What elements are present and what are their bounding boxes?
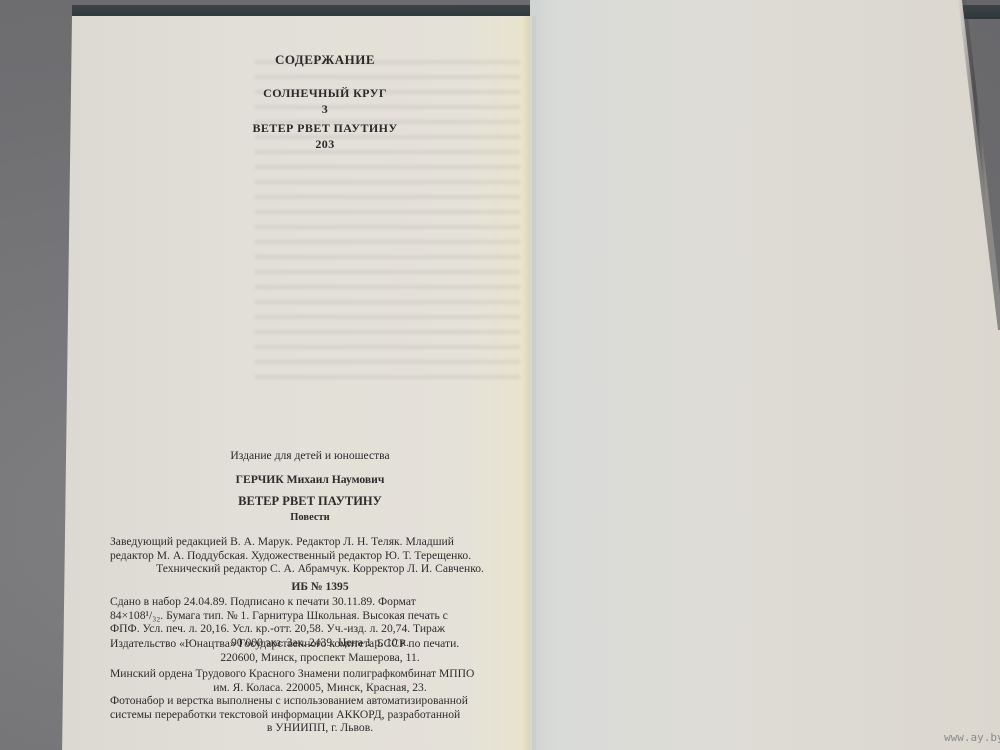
editors-line: Заведующий редакцией В. А. Марук. Редакт… — [110, 535, 530, 549]
publisher-block: Издательство «Юнацтва» Государственного … — [110, 637, 530, 664]
audience-note: Издание для детей и юношества — [150, 449, 470, 463]
contents-item-page: 203 — [180, 136, 470, 152]
publisher-line: Издательство «Юнацтва» Государственного … — [110, 637, 530, 651]
typesetting-line: системы переработки текстовой информации… — [110, 708, 530, 722]
typesetting-block: Фотонабор и верстка выполнены с использо… — [110, 694, 530, 735]
contents-item: ВЕТЕР РВЕТ ПАУТИНУ 203 — [180, 120, 470, 152]
editors-line: редактор М. А. Поддубская. Художественны… — [110, 549, 530, 563]
production-line: ФПФ. Усл. печ. л. 20,16. Усл. кр.-отт. 2… — [110, 622, 530, 636]
author-name: ГЕРЧИК Михаил Наумович — [150, 473, 470, 487]
contents-item-title: СОЛНЕЧНЫЙ КРУГ — [180, 85, 470, 101]
editors-line: Технический редактор С. А. Абрамчук. Кор… — [110, 562, 530, 576]
watermark: www.ay.by — [944, 731, 1000, 744]
book-title: ВЕТЕР РВЕТ ПАУТИНУ — [150, 495, 470, 509]
editors-block: Заведующий редакцией В. А. Марук. Редакт… — [110, 535, 530, 576]
printer-line: Минский ордена Трудового Красного Знамен… — [110, 667, 530, 681]
production-line: 84×108¹/₃₂. Бумага тип. № 1. Гарнитура Ш… — [110, 609, 530, 623]
book-genre: Повести — [150, 511, 470, 525]
printer-line: им. Я. Коласа. 220005, Минск, Красная, 2… — [110, 681, 530, 695]
right-page-blank — [530, 0, 1000, 750]
contents-heading: СОДЕРЖАНИЕ — [200, 52, 450, 68]
printer-block: Минский ордена Трудового Красного Знамен… — [110, 667, 530, 694]
publisher-line: 220600, Минск, проспект Машерова, 11. — [110, 651, 530, 665]
typesetting-line: Фотонабор и верстка выполнены с использо… — [110, 694, 530, 708]
production-line: Сдано в набор 24.04.89. Подписано к печа… — [110, 595, 530, 609]
ib-number: ИБ № 1395 — [110, 580, 530, 594]
typesetting-line: в УНИИПП, г. Львов. — [110, 721, 530, 735]
contents-item: СОЛНЕЧНЫЙ КРУГ 3 — [180, 85, 470, 117]
contents-item-page: 3 — [180, 101, 470, 117]
contents-item-title: ВЕТЕР РВЕТ ПАУТИНУ — [180, 120, 470, 136]
